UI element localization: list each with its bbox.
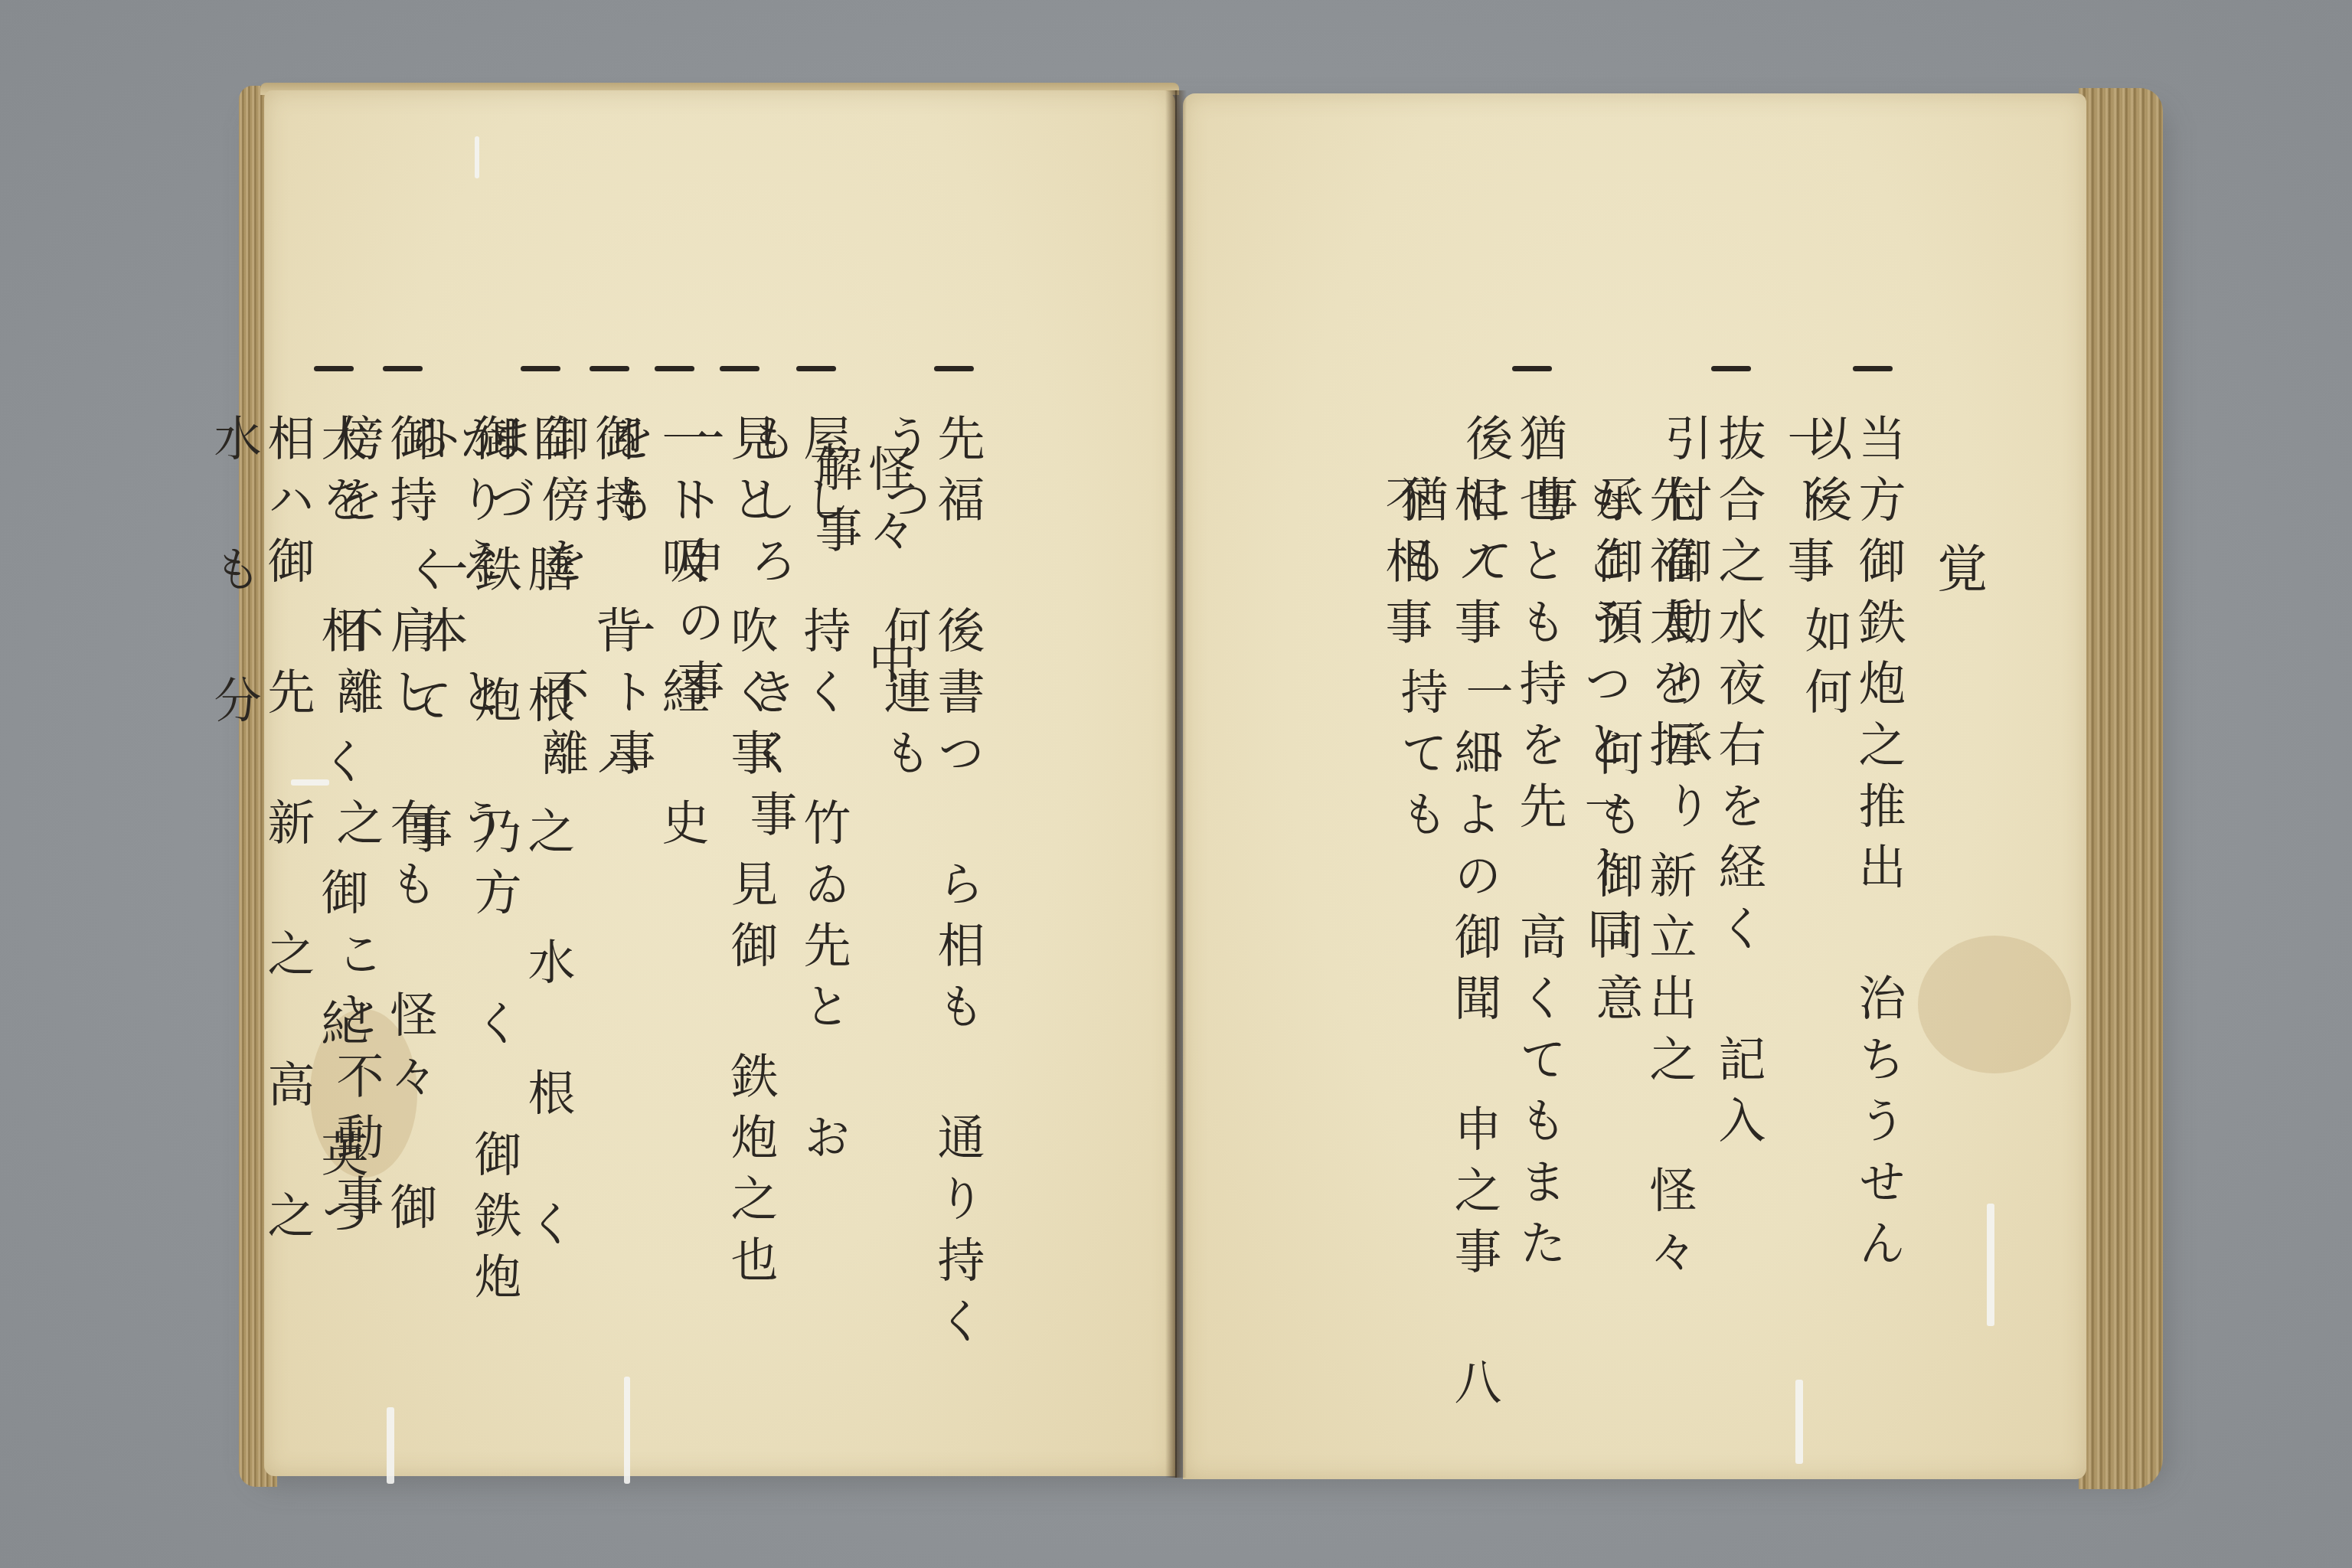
open-manuscript: 覚 当方御鉄炮之推出 治ちうせん以後 如何 一ト事 抜合之水夜右を経く 記入引付… <box>0 0 2352 1568</box>
item-marker <box>1512 366 1552 371</box>
text-column: 一ト事 <box>1780 413 1834 643</box>
item-marker <box>314 366 354 371</box>
binding-gutter <box>1165 90 1187 1478</box>
text-column: 先福 後書つ ら相も 通り持く うつ 何連も <box>930 413 984 1409</box>
heading-oboe: 覚 <box>1937 528 1988 601</box>
paper-tear <box>1987 1204 1994 1326</box>
paper-tear <box>1795 1380 1803 1464</box>
text-column: かりえ と うら く て 事 <box>452 413 505 911</box>
paper-tear <box>624 1377 630 1484</box>
paper-tear <box>475 136 479 178</box>
item-marker <box>1711 366 1751 371</box>
item-marker <box>521 366 560 371</box>
item-marker <box>720 366 759 371</box>
text-column: 当方御鉄炮之推出 治ちうせん以後 如何 <box>1851 413 1905 1294</box>
item-marker <box>590 366 629 371</box>
text-column: 猶也とも持を先 高くてもまた 後にて 一ト <box>1512 413 1566 1370</box>
text-column: 見と 吹く事 見御 鉄炮之也 一ト申の事 <box>724 413 777 1332</box>
text-column: 怪々 中解事 <box>861 444 915 720</box>
text-column: 大を 相 く 御 紀 英つ 相ハ御 先 新 之 高 之 水 も 分 <box>314 413 367 1378</box>
item-marker <box>796 366 836 371</box>
text-column: 先福太を拒 新立出之 怪々 承御預 何も御同意 <box>1642 475 1696 1317</box>
text-column: 相ノ事 細よの御聞 申之事 八猶も 持ても <box>1447 475 1501 1432</box>
water-stain <box>1918 936 2071 1073</box>
text-column: 御持 背 ハ 御傍を 不離 まづ <box>588 413 642 903</box>
text-column: もこうつと一ト口事 <box>1577 475 1631 1011</box>
text-column: 目 膳 根 之 水 根 く 御 鉄 炮 乃方 く 御鉄炮 ト 一本 <box>521 413 574 1370</box>
item-marker <box>934 366 974 371</box>
text-column: 御持 肩し 有も 怪々 御傍を 不離 之 こと不動事 <box>383 413 436 1286</box>
right-fore-edge <box>2079 88 2163 1489</box>
item-marker <box>1853 366 1893 371</box>
item-marker <box>655 366 694 371</box>
text-column: 抜合之水夜右を経く 記入引付御動り承り <box>1711 413 1765 1179</box>
paper-tear <box>387 1407 394 1484</box>
text-column: 不相事 <box>1378 475 1432 666</box>
text-column: 一ト吸 経 史をも 一ト事 <box>655 413 708 888</box>
text-column: 屋し 持く 竹ゐ先と おもしろ きく事 <box>796 413 850 1179</box>
item-marker <box>383 366 423 371</box>
